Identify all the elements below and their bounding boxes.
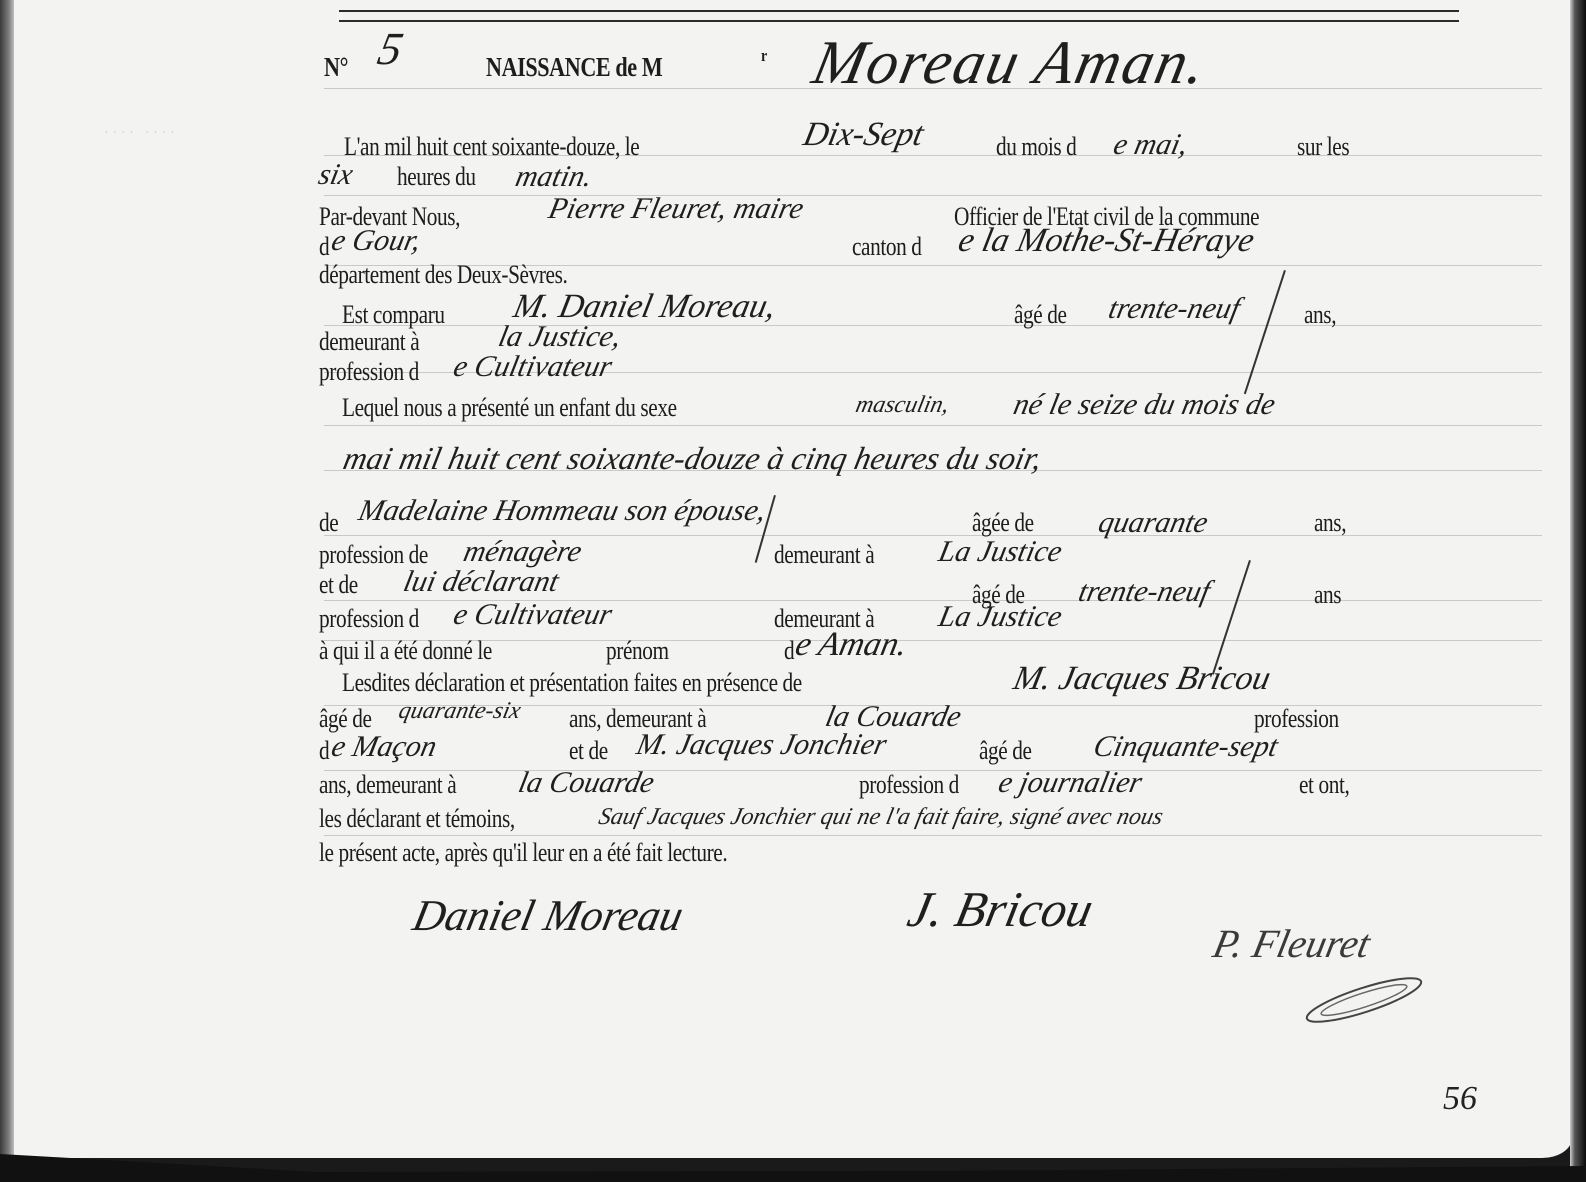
handwritten-declarant-age: trente-neuf	[1105, 292, 1243, 326]
handwritten-residence: la Justice,	[495, 320, 624, 354]
ruled-line	[324, 835, 1542, 836]
handwritten-father-profession: e Cultivateur	[450, 598, 615, 632]
handwritten-mother-profession: ménagère	[460, 535, 584, 569]
bleed-through-text: · · · · · · · ·	[104, 122, 175, 143]
handwritten-sex: masculin,	[853, 392, 951, 419]
signature-paraph-icon	[1294, 970, 1434, 1030]
handwritten-time-of-day: matin.	[512, 160, 595, 194]
signature-witness: J. Bricou	[903, 880, 1099, 938]
handwritten-birth-date: né le seize du mois de	[1010, 388, 1278, 422]
binding-right-edge	[1570, 0, 1586, 1182]
handwritten-witness-2-residence: la Couarde	[515, 766, 657, 800]
handwritten-profession: e Cultivateur	[450, 350, 615, 384]
printed-text: canton d	[852, 232, 922, 262]
handwritten-given-name: e Aman.	[792, 626, 911, 664]
record-title: NAISSANCE de M	[486, 52, 662, 83]
subject-name: Moreau Aman.	[806, 28, 1214, 99]
flourish-stroke	[1212, 560, 1251, 675]
printed-text: demeurant à	[774, 540, 874, 570]
printed-text: et de	[569, 736, 608, 766]
printed-text: et ont,	[1299, 770, 1349, 800]
ruled-line	[324, 640, 1542, 641]
printed-text: département des Deux-Sèvres.	[319, 260, 567, 290]
printed-text: ans, demeurant à	[319, 770, 456, 800]
record-number: 5	[373, 22, 409, 75]
printed-text: d	[319, 736, 329, 766]
handwritten-mother-residence: La Justice	[935, 535, 1065, 569]
handwritten-signing-note: Sauf Jacques Jonchier qui ne l'a fait fa…	[596, 804, 1165, 831]
handwritten-witness-2: M. Jacques Jonchier	[633, 728, 889, 762]
printed-text: prénom	[606, 636, 669, 666]
printed-text: âgée de	[972, 508, 1034, 538]
printed-text: âgé de	[979, 736, 1032, 766]
signature-mayor: P. Fleuret	[1209, 920, 1375, 967]
handwritten-canton: e la Mothe-St-Héraye	[955, 222, 1258, 260]
printed-text: profession d	[319, 604, 419, 634]
printed-text: profession d	[319, 357, 419, 387]
printed-text: le présent acte, après qu'il leur en a é…	[319, 838, 727, 868]
handwritten-hour: six	[315, 158, 356, 192]
printed-text: à qui il a été donné le	[319, 636, 492, 666]
printed-text: heures du	[397, 162, 476, 192]
handwritten-officer: Pierre Fleuret, maire	[545, 192, 806, 226]
printed-text: Est comparu	[342, 300, 445, 330]
printed-text: du mois d	[996, 132, 1076, 162]
header-rule-bottom	[339, 20, 1459, 22]
printed-text: L'an mil huit cent soixante-douze, le	[344, 132, 639, 162]
handwritten-date-day: Dix-Sept	[800, 116, 927, 154]
handwritten-father-age: trente-neuf	[1075, 575, 1213, 609]
printed-text: Lequel nous a présenté un enfant du sexe	[342, 393, 677, 423]
printed-text: ans	[1314, 580, 1341, 610]
record-number-label: N°	[324, 52, 348, 83]
ruled-line	[324, 195, 1542, 196]
printed-text: ans,	[1314, 508, 1346, 538]
flourish-stroke	[1244, 270, 1286, 394]
handwritten-commune: e Gour,	[328, 224, 424, 258]
handwritten-month: e mai,	[1110, 128, 1191, 162]
binding-left-edge	[0, 0, 14, 1182]
printed-text: profession d	[859, 770, 959, 800]
register-page: · · · · · · · · N° 5 NAISSANCE de M r Mo…	[14, 0, 1572, 1158]
printed-text: ans,	[1304, 300, 1336, 330]
printed-text: demeurant à	[319, 327, 419, 357]
record-title-sup: r	[761, 46, 767, 66]
handwritten-birth-detail: mai mil huit cent soixante-douze à cinq …	[340, 440, 1045, 477]
handwritten-mother: Madelaine Hommeau son épouse,	[355, 494, 769, 528]
printed-text: âgé de	[1014, 300, 1067, 330]
printed-text: sur les	[1297, 132, 1349, 162]
printed-text: les déclarant et témoins,	[319, 804, 515, 834]
ruled-line	[324, 425, 1542, 426]
handwritten-witness-1-age: quarante-six	[396, 698, 523, 725]
header-rule-top	[339, 10, 1459, 12]
handwritten-witness-1: M. Jacques Bricou	[1010, 660, 1274, 698]
handwritten-witness-1-profession: e Maçon	[328, 730, 439, 764]
printed-text: Lesdites déclaration et présentation fai…	[342, 668, 802, 698]
handwritten-father-residence: La Justice	[935, 600, 1065, 634]
printed-text: et de	[319, 570, 358, 600]
handwritten-witness-2-age: Cinquante-sept	[1090, 730, 1281, 764]
signature-declarant: Daniel Moreau	[409, 890, 688, 941]
handwritten-witness-2-profession: e journalier	[995, 766, 1145, 800]
page-number: 56	[1443, 1080, 1477, 1118]
printed-text: de	[319, 508, 338, 538]
handwritten-mother-age: quarante	[1095, 506, 1211, 540]
handwritten-father: lui déclarant	[400, 565, 561, 599]
